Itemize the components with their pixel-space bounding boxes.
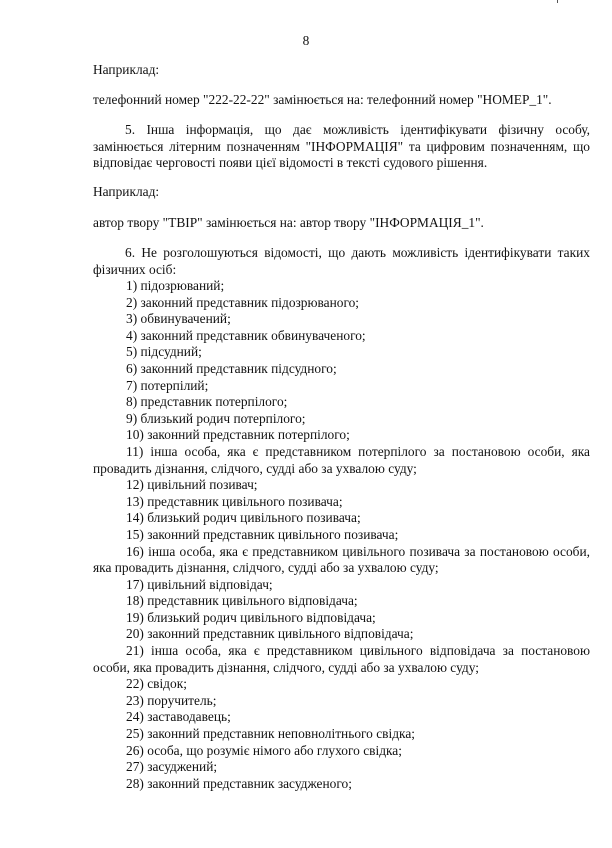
list-item: 7) потерпілий;: [93, 378, 590, 395]
list-item: 3) обвинувачений;: [93, 311, 590, 328]
list-item: 2) законний представник підозрюваного;: [93, 295, 590, 312]
paragraph-5: 5. Інша інформація, що дає можливість ід…: [93, 122, 590, 172]
example-label-2: Наприклад:: [93, 184, 159, 200]
paragraph-6-text: 6. Не розголошуються відомості, що дають…: [93, 245, 590, 277]
list-item-text: 16) інша особа, яка є представником циві…: [93, 544, 590, 576]
list-item: 19) близький родич цивільного відповідач…: [93, 610, 590, 627]
list-item: 15) законний представник цивільного пози…: [93, 527, 590, 544]
paragraph-5-text: 5. Інша інформація, що дає можливість ід…: [93, 122, 590, 170]
list-item: 23) поручитель;: [93, 693, 590, 710]
example-text-2: автор твору "ТВІР" замінюється на: автор…: [93, 215, 484, 231]
list-item: 26) особа, що розуміє німого або глухого…: [93, 743, 590, 760]
list-item: 4) законний представник обвинуваченого;: [93, 328, 590, 345]
list-item-text: 11) інша особа, яка є представником поте…: [93, 444, 590, 476]
list-item-text: 21) інша особа, яка є представником циві…: [93, 643, 590, 675]
list-item: 10) законний представник потерпілого;: [93, 427, 590, 444]
list-item: 12) цивільний позивач;: [93, 477, 590, 494]
scan-artifact: [557, 0, 558, 3]
list-item: 21) інша особа, яка є представником циві…: [93, 643, 590, 676]
list-item: 22) свідок;: [93, 676, 590, 693]
example-label-1: Наприклад:: [93, 62, 159, 78]
list-item: 14) близький родич цивільного позивача;: [93, 510, 590, 527]
list-item: 1) підозрюваний;: [93, 278, 590, 295]
list-item: 6) законний представник підсудного;: [93, 361, 590, 378]
persons-list: 1) підозрюваний; 2) законний представник…: [93, 278, 590, 792]
list-item: 11) інша особа, яка є представником поте…: [93, 444, 590, 477]
list-item: 18) представник цивільного відповідача;: [93, 593, 590, 610]
paragraph-6: 6. Не розголошуються відомості, що дають…: [93, 245, 590, 278]
example-text-1: телефонний номер "222-22-22" замінюється…: [93, 92, 552, 108]
list-item: 13) представник цивільного позивача;: [93, 494, 590, 511]
list-item: 9) близький родич потерпілого;: [93, 411, 590, 428]
list-item: 25) законний представник неповнолітнього…: [93, 726, 590, 743]
list-item: 20) законний представник цивільного відп…: [93, 626, 590, 643]
list-item: 8) представник потерпілого;: [93, 394, 590, 411]
list-item: 27) засуджений;: [93, 759, 590, 776]
list-item: 5) підсудний;: [93, 344, 590, 361]
list-item: 17) цивільний відповідач;: [93, 577, 590, 594]
list-item: 28) законний представник засудженого;: [93, 776, 590, 793]
page-number: 8: [0, 33, 612, 49]
list-item: 16) інша особа, яка є представником циві…: [93, 544, 590, 577]
list-item: 24) заставодавець;: [93, 709, 590, 726]
